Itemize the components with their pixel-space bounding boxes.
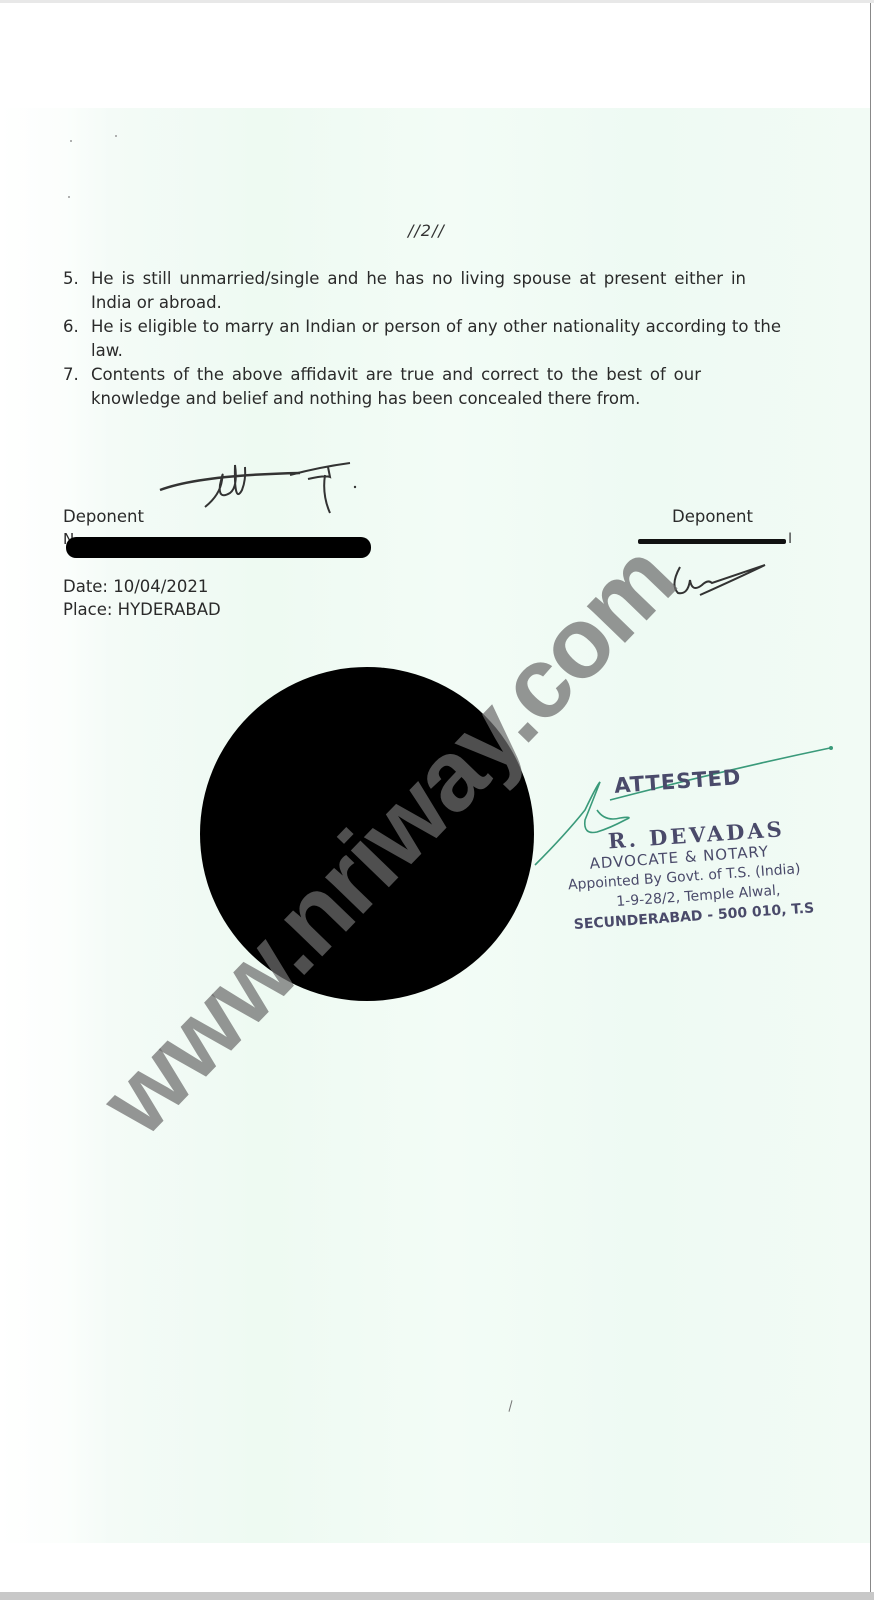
speck — [70, 140, 72, 142]
affidavit-clauses: 5. He is still unmarried/single and he h… — [63, 267, 803, 411]
left-deponent-label: Deponent — [63, 507, 144, 526]
clause-number: 6. — [63, 315, 91, 363]
bottom-border — [0, 1592, 874, 1600]
top-border — [0, 0, 874, 3]
right-deponent-label: Deponent — [672, 507, 753, 526]
clause-5: 5. He is still unmarried/single and he h… — [63, 267, 803, 315]
clause-6: 6. He is eligible to marry an Indian or … — [63, 315, 803, 363]
speck — [68, 196, 70, 198]
right-deponent-name-redaction — [638, 539, 786, 544]
place-line: Place: HYDERABAD — [63, 600, 221, 619]
date-line: Date: 10/04/2021 — [63, 577, 208, 596]
attested-label: ATTESTED — [613, 765, 742, 798]
clause-text: Contents of the above affidavit are true… — [91, 363, 701, 411]
document-page: //2// 5. He is still unmarried/single an… — [0, 0, 870, 1592]
clause-number: 5. — [63, 267, 91, 315]
right-border — [870, 3, 871, 1592]
notary-address-line2: SECUNDERABAD - 500 010, T.S — [573, 900, 814, 933]
left-deponent-signature — [150, 445, 390, 525]
speck — [115, 135, 117, 137]
page-number-marker: //2// — [408, 221, 445, 240]
clause-text: He is still unmarried/single and he has … — [91, 267, 746, 315]
redaction-bar — [66, 537, 371, 558]
notary-stamp: ATTESTED R. DEVADAS ADVOCATE & NOTARY Ap… — [555, 750, 858, 970]
clause-number: 7. — [63, 363, 91, 411]
clause-7: 7. Contents of the above affidavit are t… — [63, 363, 803, 411]
clause-text: He is eligible to marry an Indian or per… — [91, 315, 781, 363]
right-deponent-name-tail: I — [788, 531, 793, 547]
